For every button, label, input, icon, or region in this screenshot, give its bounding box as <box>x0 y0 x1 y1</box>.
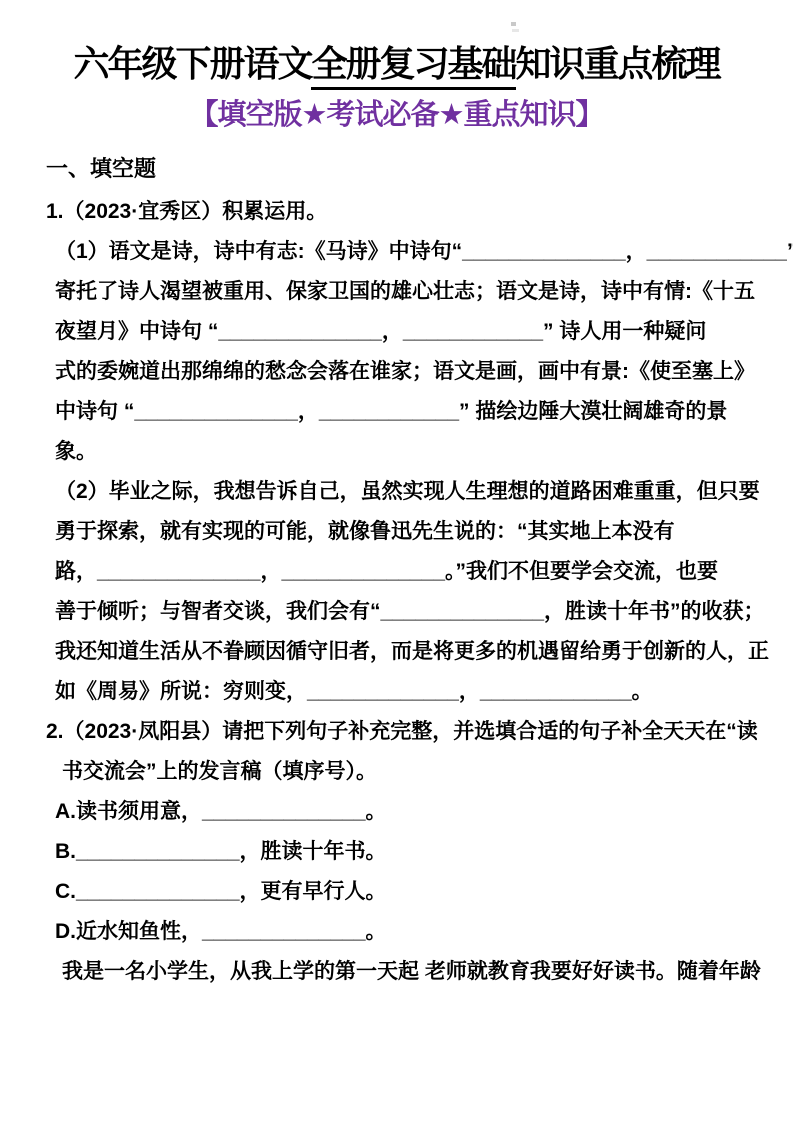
question-line: （2）毕业之际，我想告诉自己，虽然实现人生理想的道路困难重重，但只要 <box>0 472 793 512</box>
page-title-underlined: 全册复习基础 <box>311 43 515 90</box>
question-line: 路，______________，______________。”我们不但要学会… <box>0 552 793 592</box>
question-line: 1.（2023·宜秀区）积累运用。 <box>0 192 793 232</box>
page-title: 六年级下册语文全册复习基础知识重点梳理 <box>0 40 793 88</box>
page-title-pre: 六年级下册语文 <box>73 43 311 84</box>
question-line: （1）语文是诗，诗中有志:《马诗》中诗句“______________，____… <box>0 232 793 272</box>
question-line: D.近水知鱼性，______________。 <box>0 912 793 952</box>
question-line: 我还知道生活从不眷顾因循守旧者，而是将更多的机遇留给勇于创新的人，正 <box>0 632 793 672</box>
question-line: 如《周易》所说：穷则变，_____________，_____________。 <box>0 672 793 712</box>
page-subtitle: 【填空版★考试必备★重点知识】 <box>0 97 793 135</box>
question-line: 书交流会”上的发言稿（填序号）。 <box>0 752 793 792</box>
question-line: 我是一名小学生，从我上学的第一天起 老师就教育我要好好读书。随着年龄 <box>0 952 793 992</box>
question-line: C.______________，更有早行人。 <box>0 872 793 912</box>
scan-artifact-dot <box>511 22 516 26</box>
question-line: B.______________，胜读十年书。 <box>0 832 793 872</box>
section-heading: 一、填空题 <box>46 156 793 182</box>
question-line: 象。 <box>0 432 793 472</box>
question-line: 中诗句 “______________，____________” 描绘边陲大漠… <box>0 392 793 432</box>
questions-block: 1.（2023·宜秀区）积累运用。 （1）语文是诗，诗中有志:《马诗》中诗句“_… <box>0 192 793 992</box>
question-line: 善于倾听；与智者交谈，我们会有“______________，胜读十年书”的收获… <box>0 592 793 632</box>
document-page: 六年级下册语文全册复习基础知识重点梳理 【填空版★考试必备★重点知识】 一、填空… <box>0 0 793 1122</box>
question-line: A.读书须用意，______________。 <box>0 792 793 832</box>
question-line: 寄托了诗人渴望被重用、保家卫国的雄心壮志；语文是诗，诗中有情:《十五 <box>0 272 793 312</box>
question-line: 勇于探索，就有实现的可能，就像鲁迅先生说的：“其实地上本没有 <box>0 512 793 552</box>
question-line: 夜望月》中诗句 “______________，____________” 诗人… <box>0 312 793 352</box>
question-line: 2.（2023·凤阳县）请把下列句子补充完整，并选填合适的句子补全天天在“读 <box>0 712 793 752</box>
question-line: 式的委婉道出那绵绵的愁念会落在谁家；语文是画，画中有景:《使至塞上》 <box>0 352 793 392</box>
page-title-post: 知识重点梳理 <box>516 43 720 84</box>
